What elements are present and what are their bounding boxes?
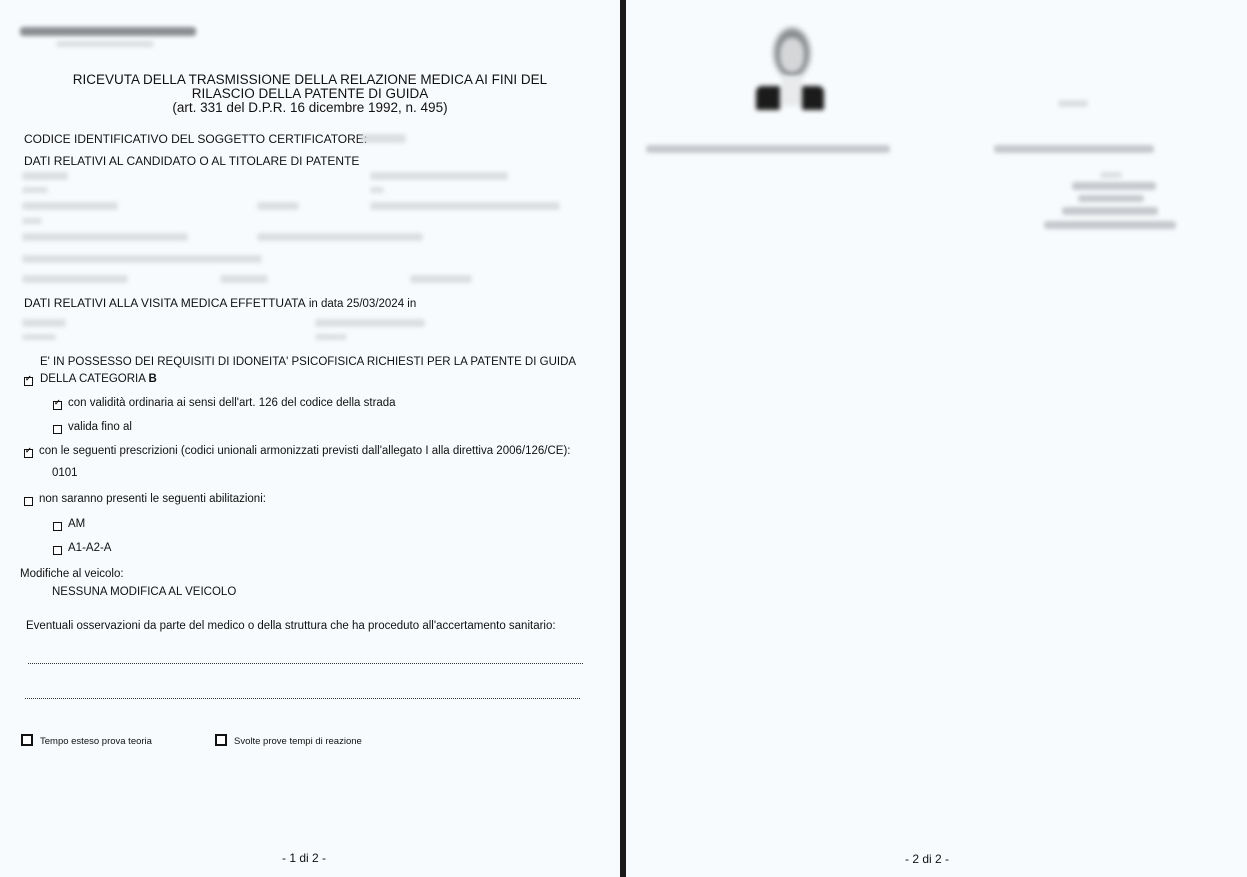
ordinary-validity-checkbox[interactable] bbox=[53, 401, 62, 410]
observations-line-2 bbox=[25, 698, 580, 699]
category-checkbox[interactable] bbox=[24, 377, 33, 386]
a1-a2-a-checkbox[interactable] bbox=[53, 546, 62, 555]
document-title-line1: RICEVUTA DELLA TRASMISSIONE DELLA RELAZI… bbox=[0, 73, 620, 87]
category-label-text: DELLA CATEGORIA bbox=[40, 373, 148, 385]
reaction-time-test-label: Svolte prove tempi di reazione bbox=[234, 736, 362, 747]
observations-label: Eventuali osservazioni da parte del medi… bbox=[26, 620, 556, 632]
redacted-label bbox=[22, 334, 56, 340]
redacted-stamp-line bbox=[1062, 207, 1158, 215]
redacted-stamp-line bbox=[1100, 172, 1122, 178]
visit-date-text: in data 25/03/2024 in bbox=[306, 298, 417, 310]
redacted-license-category bbox=[220, 275, 268, 283]
redacted-surname bbox=[22, 172, 68, 180]
category-label: DELLA CATEGORIA B bbox=[40, 373, 157, 385]
prescription-code: 0101 bbox=[52, 467, 78, 479]
observations-line-1 bbox=[28, 663, 583, 664]
extended-theory-time-label: Tempo esteso prova teoria bbox=[40, 736, 152, 747]
redacted-license-issued bbox=[410, 275, 472, 283]
redacted-sex bbox=[257, 202, 299, 210]
redacted-doctor-name bbox=[994, 145, 1154, 153]
prescriptions-checkbox[interactable] bbox=[24, 449, 33, 458]
redacted-visit-doctor bbox=[315, 319, 425, 327]
visit-section-heading-bold: DATI RELATIVI ALLA VISITA MEDICA EFFETTU… bbox=[24, 296, 306, 310]
redacted-photo-caption bbox=[646, 145, 890, 153]
excluded-licenses-label: non saranno presenti le seguenti abilita… bbox=[39, 493, 266, 505]
document-title-line2: RILASCIO DELLA PATENTE DI GUIDA bbox=[0, 87, 620, 101]
document-page-2: - 2 di 2 - bbox=[626, 0, 1247, 877]
prescriptions-label: con le seguenti prescrizioni (codici uni… bbox=[39, 445, 570, 457]
document-page-1: RICEVUTA DELLA TRASMISSIONE DELLA RELAZI… bbox=[0, 0, 620, 877]
redacted-license-number bbox=[22, 275, 128, 283]
redacted-stamp-line bbox=[1078, 195, 1144, 202]
am-checkbox[interactable] bbox=[53, 522, 62, 531]
redacted-visit-place bbox=[22, 319, 66, 327]
redacted-header-code bbox=[20, 27, 196, 36]
page-number: - 1 di 2 - bbox=[282, 851, 326, 865]
redacted-fiscal-code bbox=[370, 202, 560, 210]
am-label: AM bbox=[68, 518, 85, 530]
redacted-stamp-line bbox=[1072, 182, 1156, 190]
vehicle-modifications-label: Modifiche al veicolo: bbox=[20, 568, 124, 580]
vehicle-modifications-value: NESSUNA MODIFICA AL VEICOLO bbox=[52, 586, 236, 598]
redacted-stamp-line bbox=[1044, 221, 1176, 229]
candidate-photo bbox=[754, 28, 826, 114]
redacted-label bbox=[22, 218, 42, 224]
redacted-license-info bbox=[22, 255, 262, 263]
certifier-code-label: CODICE IDENTIFICATIVO DEL SOGGETTO CERTI… bbox=[24, 132, 367, 146]
redacted-birth-place bbox=[22, 233, 188, 241]
visit-section-heading: DATI RELATIVI ALLA VISITA MEDICA EFFETTU… bbox=[24, 296, 416, 310]
redacted-label bbox=[370, 187, 384, 193]
document-title-line3: (art. 331 del D.P.R. 16 dicembre 1992, n… bbox=[0, 101, 620, 115]
redacted-label bbox=[315, 334, 347, 340]
redacted-birth-date bbox=[22, 202, 118, 210]
category-value: B bbox=[148, 373, 156, 385]
a1-a2-a-label: A1-A2-A bbox=[68, 542, 111, 554]
redacted-name bbox=[370, 172, 508, 180]
reaction-time-test-checkbox[interactable] bbox=[215, 734, 227, 746]
redacted-birth-place-code bbox=[257, 233, 423, 241]
ordinary-validity-label: con validità ordinaria ai sensi dell'art… bbox=[68, 397, 396, 409]
redacted-label bbox=[22, 187, 48, 193]
page-number: - 2 di 2 - bbox=[905, 852, 949, 866]
valid-until-checkbox[interactable] bbox=[53, 425, 62, 434]
valid-until-label: valida fino al bbox=[68, 421, 132, 433]
excluded-licenses-checkbox[interactable] bbox=[24, 497, 33, 506]
redacted-signature-small bbox=[1058, 100, 1088, 107]
candidate-section-heading: DATI RELATIVI AL CANDIDATO O AL TITOLARE… bbox=[24, 154, 359, 168]
extended-theory-time-checkbox[interactable] bbox=[21, 734, 33, 746]
redacted-header-subcode bbox=[56, 41, 154, 47]
fitness-requirements-text: E' IN POSSESSO DEI REQUISITI DI IDONEITA… bbox=[40, 356, 576, 368]
redacted-certifier-code bbox=[360, 134, 406, 143]
